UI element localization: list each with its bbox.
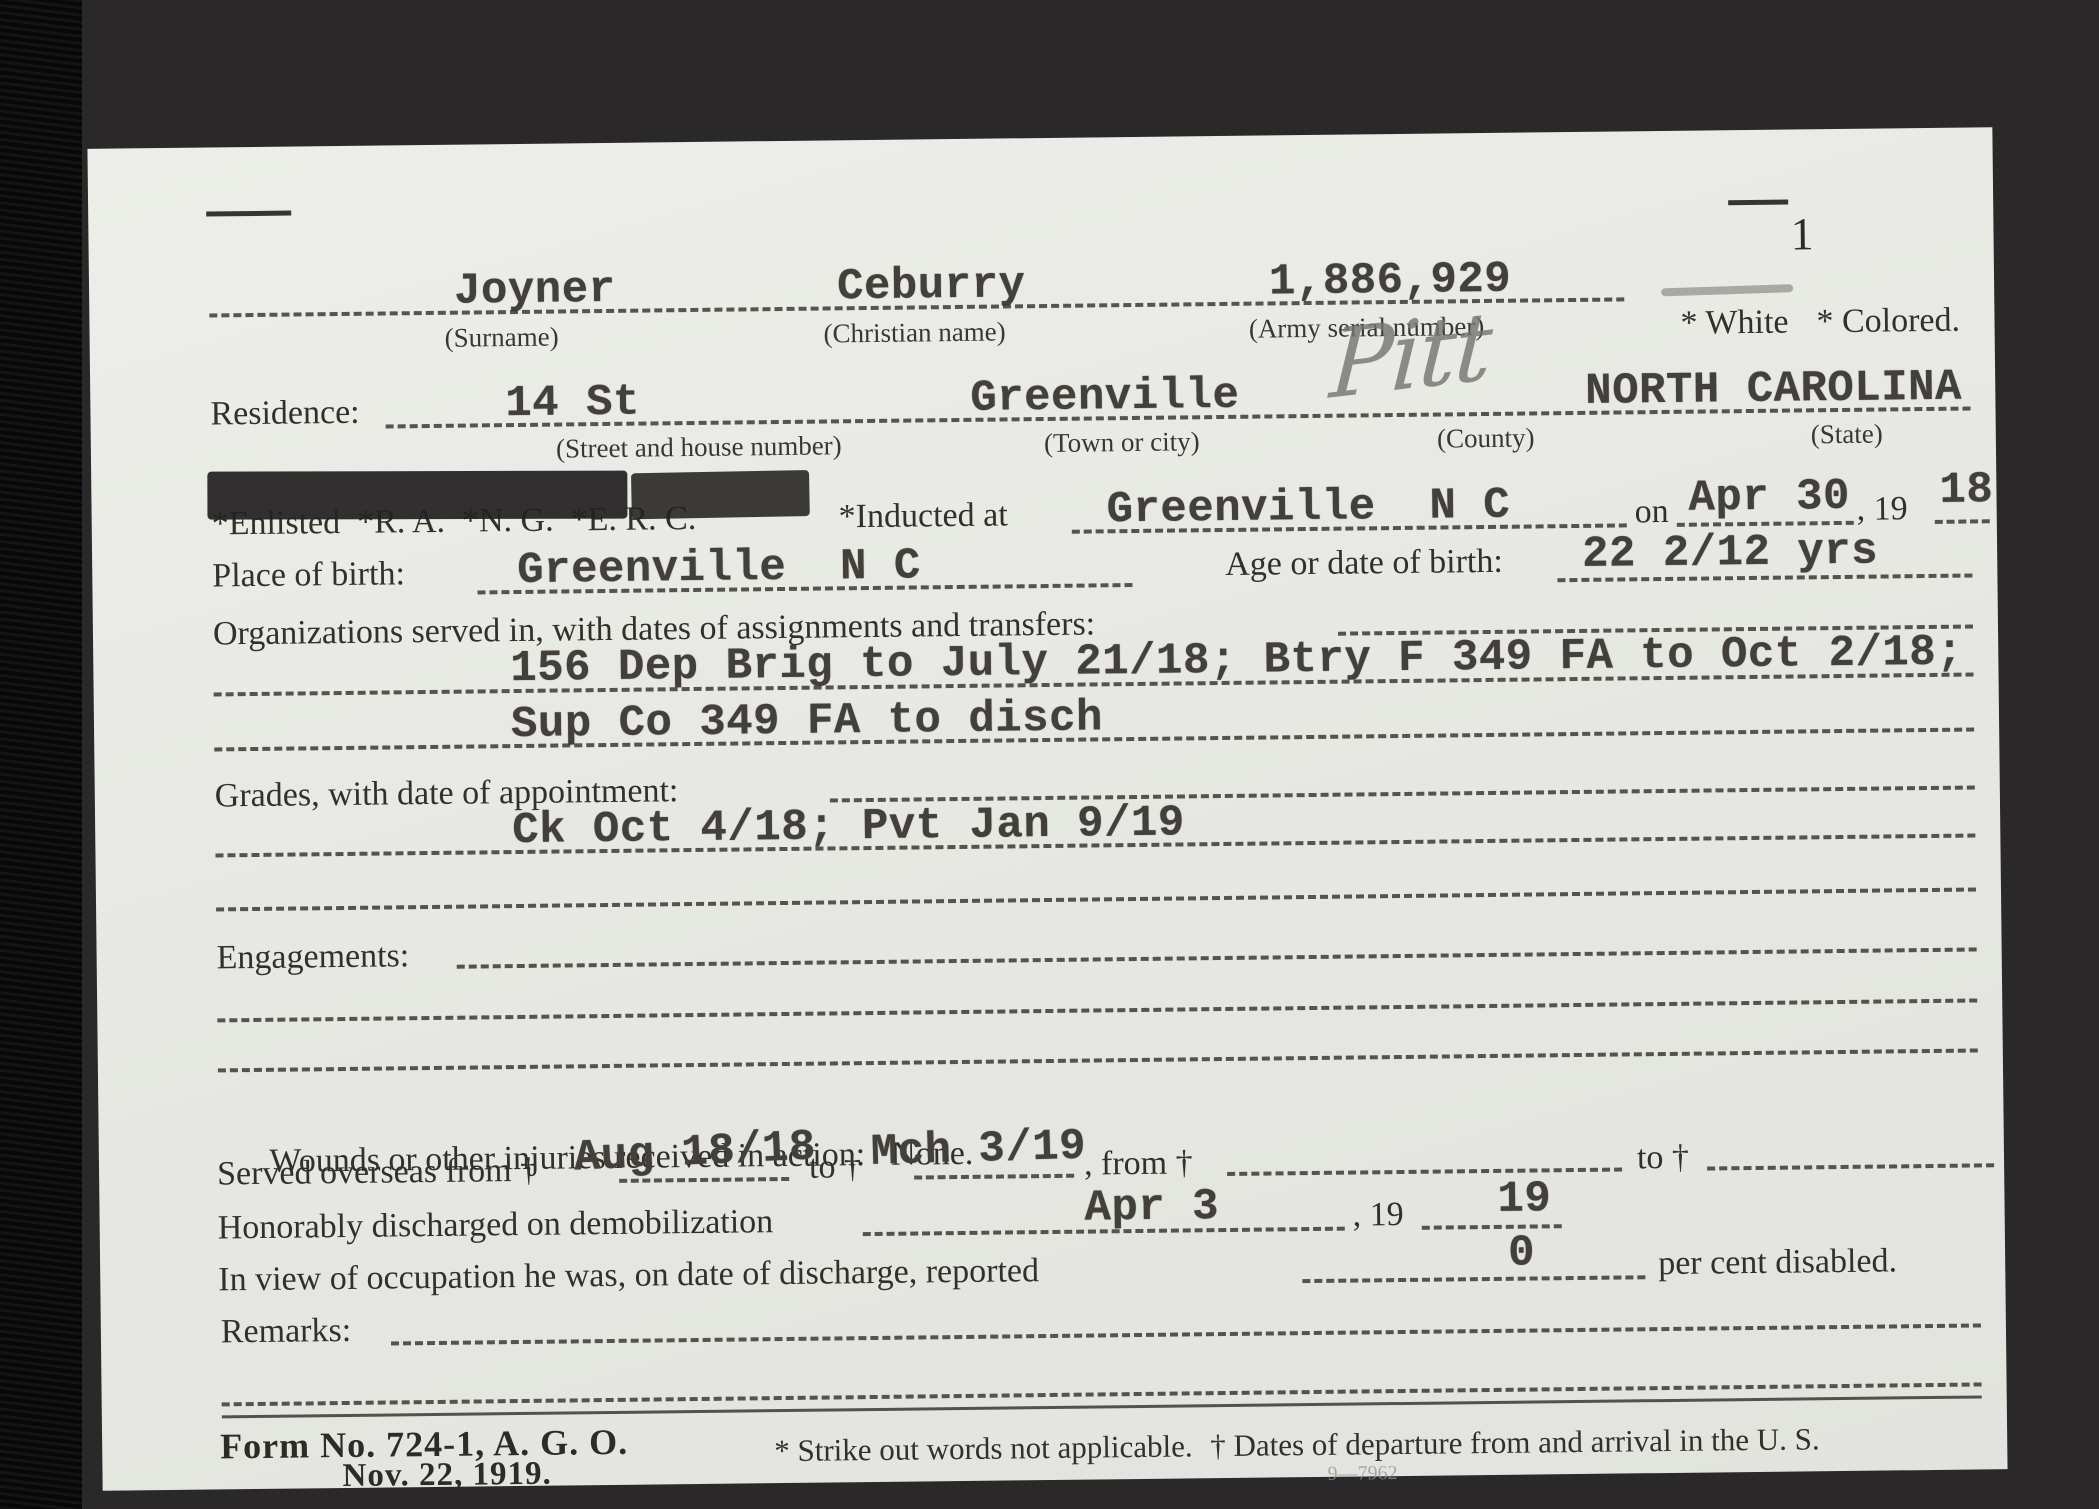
place-of-birth-value: Greenville N C <box>517 541 921 596</box>
service-record-card: 1 Joyner Ceburry 1,886,929 * White* Colo… <box>87 127 2007 1491</box>
race-white-option: * White <box>1680 304 1788 343</box>
discharge-year-value: 19 <box>1497 1174 1551 1225</box>
top-right-mark <box>1728 200 1788 206</box>
engagements-label: Engagements: <box>216 937 409 977</box>
pencil-strike-white <box>1661 284 1793 296</box>
disability-value: 0 <box>1508 1229 1535 1279</box>
remarks-line-1 <box>391 1323 1981 1345</box>
overseas-line-4 <box>1707 1163 1994 1170</box>
state-value: NORTH CAROLINA <box>1585 363 1962 417</box>
overseas-to-label: to † <box>809 1148 861 1187</box>
race-colored-option: * Colored. <box>1816 302 1960 341</box>
induction-year-value: 18 <box>1939 465 1993 516</box>
overseas-from2-label: , from † <box>1084 1144 1193 1183</box>
christian-name-label: (Christian name) <box>784 316 1044 350</box>
inducted-at-label: *Inducted at <box>838 496 1007 536</box>
engagements-line-2 <box>218 1048 1978 1072</box>
overseas-line-2 <box>914 1174 1074 1180</box>
film-edge-strip <box>0 0 82 1509</box>
county-label: (County) <box>1381 422 1591 455</box>
engagements-line-1 <box>217 998 1977 1022</box>
town-label: (Town or city) <box>977 425 1267 459</box>
disability-suffix: per cent disabled. <box>1658 1242 1897 1283</box>
state-label: (State) <box>1737 418 1957 451</box>
induction-year-line <box>1935 519 1990 524</box>
surname-label: (Surname) <box>391 321 611 354</box>
overseas-from-label: Served overseas from † <box>217 1152 537 1194</box>
overseas-line-3 <box>1227 1168 1622 1176</box>
county-handwritten-value: Pitt <box>1327 292 1493 421</box>
discharge-date-value: Apr 3 <box>1084 1182 1219 1234</box>
residence-label: Residence: <box>210 394 360 434</box>
top-left-mark <box>206 211 291 217</box>
page-number: 1 <box>1790 207 1814 260</box>
scan-background: 1 Joyner Ceburry 1,886,929 * White* Colo… <box>0 0 2099 1509</box>
overseas-to2-label: to † <box>1637 1139 1689 1178</box>
disability-line <box>1302 1275 1645 1283</box>
age-value: 22 2/12 yrs <box>1582 527 1879 580</box>
discharge-label: Honorably discharged on demobilization <box>217 1203 773 1247</box>
grades-line-2 <box>216 887 1976 911</box>
engagements-line-0 <box>457 947 1977 968</box>
on-label: on <box>1634 493 1668 531</box>
age-label: Age or date of birth: <box>1225 543 1503 584</box>
induction-place-value: Greenville N C <box>1106 481 1510 536</box>
strike-footnote: * Strike out words not applicable. <box>774 1428 1193 1469</box>
remarks-line-2 <box>222 1382 1982 1406</box>
town-value: Greenville <box>970 371 1240 424</box>
redaction-bar-left <box>207 471 627 520</box>
redaction-bar-right <box>631 470 810 519</box>
street-label: (Street and house number) <box>539 430 859 465</box>
disability-label: In view of occupation he was, on date of… <box>218 1252 1039 1299</box>
place-of-birth-label: Place of birth: <box>212 555 405 595</box>
print-code: 9—7962 <box>1327 1462 1397 1486</box>
dagger-footnote: † Dates of departure from and arrival in… <box>1210 1421 1820 1464</box>
induction-date-value: Apr 30 <box>1688 472 1850 524</box>
overseas-to-value: Mch 3/19 <box>870 1122 1087 1178</box>
year-19-prefix: , 19 <box>1856 490 1907 529</box>
remarks-label: Remarks: <box>221 1312 352 1351</box>
discharge-year-line <box>1422 1224 1562 1230</box>
street-value: 14 St <box>505 378 640 430</box>
discharge-year-prefix: , 19 <box>1352 1196 1403 1235</box>
form-date: Nov. 22, 1919. <box>342 1456 552 1495</box>
